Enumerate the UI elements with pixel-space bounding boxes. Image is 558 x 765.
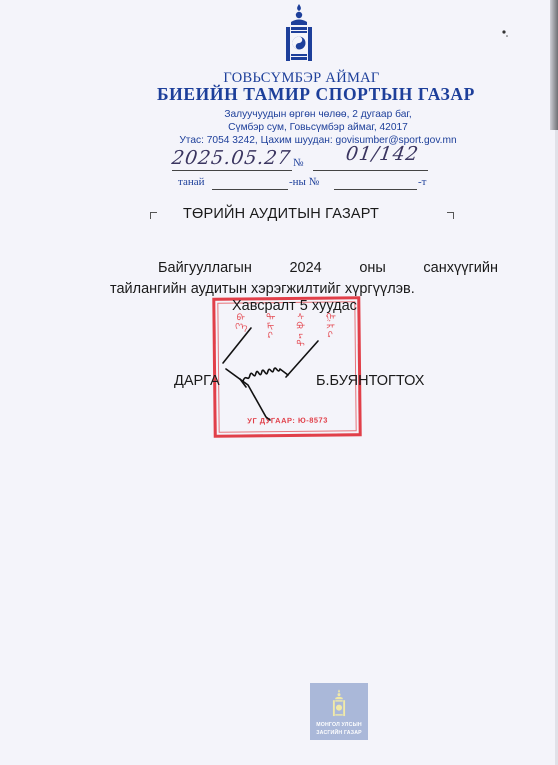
body-word: санхүүгийн — [423, 260, 498, 276]
government-logo-line2: ЗАСГИЙН ГАЗАР — [310, 730, 368, 736]
letterhead-address-line2: Сүмбэр сум, Говьсүмбэр аймаг, 42017 — [0, 122, 558, 133]
signatory-title: ДАРГА — [174, 373, 220, 389]
letterhead-contact: Утас: 7054 3242, Цахим шуудан: govisumbe… — [0, 135, 558, 146]
handwritten-signature-icon — [218, 325, 343, 425]
address-corner-mark-right — [447, 212, 454, 219]
document-page: ГОВЬСҮМБЭР АЙМАГ БИЕИЙН ТАМИР СПОРТЫН ГА… — [0, 0, 558, 765]
government-logo-line1: МОНГОЛ УЛСЫН — [310, 722, 368, 728]
body-line-1: Байгууллагын 2024 оны санхүүгийн — [158, 260, 498, 276]
body-line-2: тайлангийн аудитын хэрэгжилтийг хүргүүлэ… — [110, 281, 415, 297]
letterhead-organization: БИЕИЙН ТАМИР СПОРТЫН ГАЗАР — [157, 84, 475, 105]
letterhead-address-line1: Залуучуудын өргөн чөлөө, 2 дугаар баг, — [0, 109, 558, 120]
address-corner-mark-left — [150, 212, 157, 219]
body-word: Байгууллагын — [158, 260, 252, 276]
recipient: ТӨРИЙН АУДИТЫН ГАЗАРТ — [183, 206, 379, 222]
number-label: № — [293, 157, 304, 169]
attachment-note: Хавсралт 5 хуудас — [232, 298, 357, 314]
government-logo: МОНГОЛ УЛСЫН ЗАСГИЙН ГАЗАР — [310, 683, 368, 740]
your-ref-suffix: -т — [418, 176, 426, 188]
your-ref-blank-2 — [334, 189, 417, 190]
handwritten-number: 01/142 — [344, 143, 420, 165]
body-word: 2024 — [289, 260, 321, 276]
soyombo-emblem-icon — [332, 687, 346, 719]
your-ref-label: танай — [178, 176, 204, 188]
handwritten-date: 2025.05.27 — [170, 147, 292, 169]
your-ref-mid-label: -ны № — [289, 176, 319, 188]
your-ref-blank-1 — [212, 189, 288, 190]
body-word: оны — [359, 260, 386, 276]
soyombo-emblem-icon — [284, 4, 314, 62]
scan-artifact-icon — [498, 28, 512, 38]
